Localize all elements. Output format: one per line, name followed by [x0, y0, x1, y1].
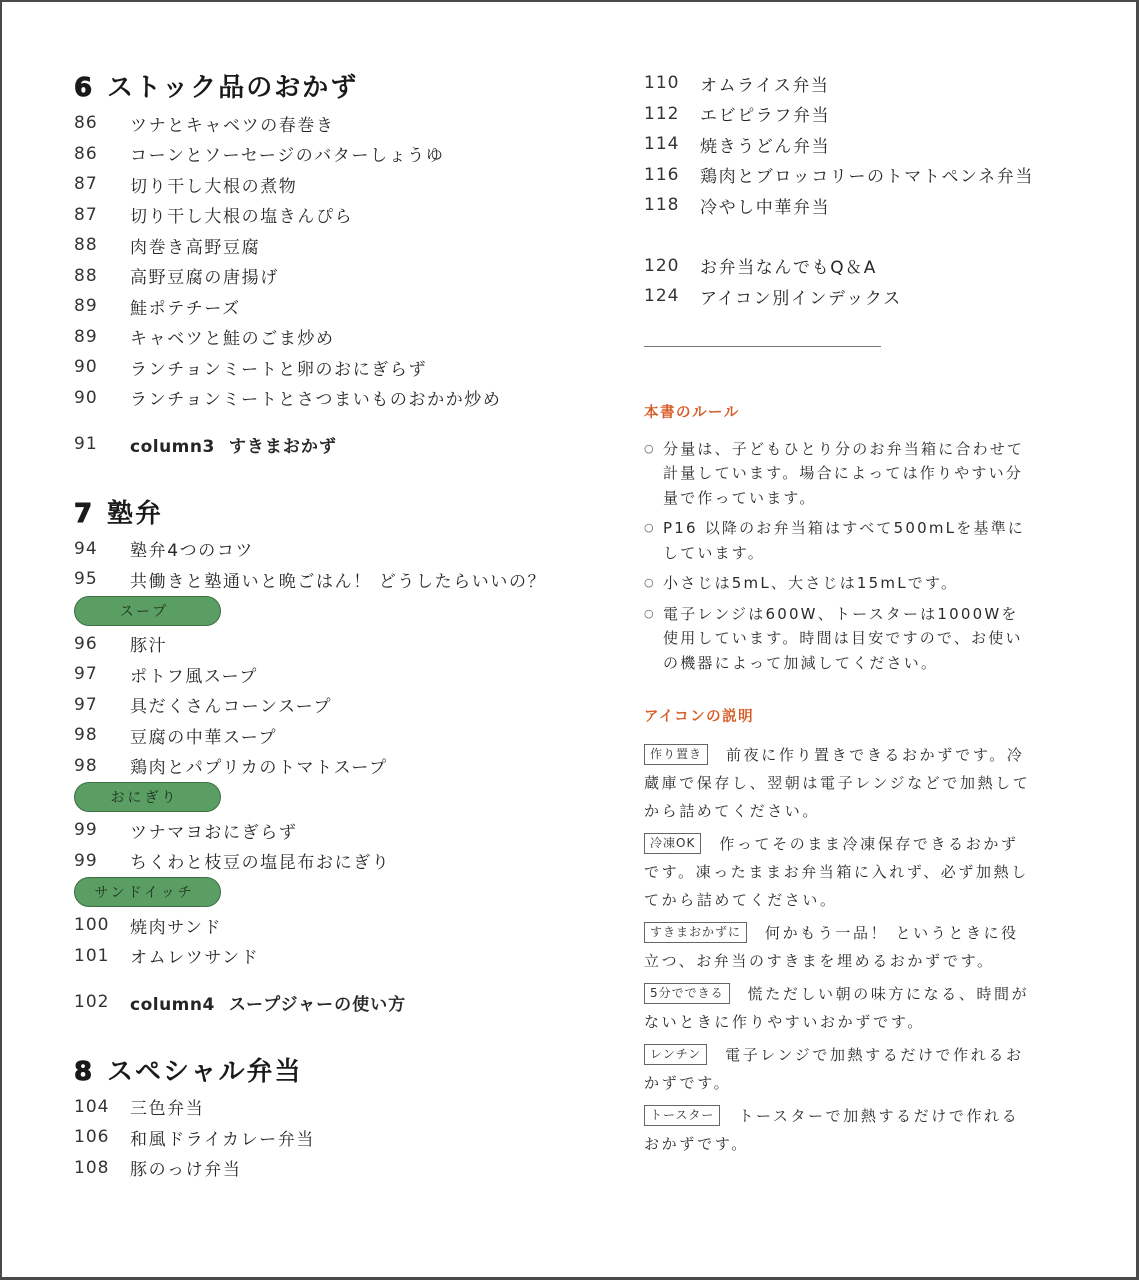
- entry-title: 塾弁4つのコツ: [130, 536, 254, 561]
- category-pill-sandwich: サンドイッチ: [74, 877, 221, 907]
- toc-entry[interactable]: 116鶏肉とブロッコリーのトマトペンネ弁当: [644, 160, 1044, 191]
- toc-entry[interactable]: 88高野豆腐の唐揚げ: [74, 261, 594, 292]
- rule-text: 小さじは5mL、大さじは15mLです。: [663, 571, 1033, 596]
- toc-entry[interactable]: 112エビピラフ弁当: [644, 99, 1044, 130]
- rule-item: ○小さじは5mL、大さじは15mLです。: [644, 571, 1044, 596]
- toc-entry[interactable]: 90ランチョンミートとさつまいものおかか炒め: [74, 383, 594, 414]
- toc-entry[interactable]: 96豚汁: [74, 629, 594, 660]
- toc-entry[interactable]: 104三色弁当: [74, 1092, 594, 1123]
- page-number: 98: [74, 756, 130, 776]
- spacer: [74, 1018, 594, 1052]
- toc-entry[interactable]: 89鮭ポテチーズ: [74, 291, 594, 322]
- column-entry-title: column3すきまおかず: [130, 432, 337, 457]
- page-number: 86: [74, 144, 130, 164]
- entry-title: 切り干し大根の煮物: [130, 172, 297, 197]
- page-number: 96: [74, 634, 130, 654]
- icon-legend-item: 5分でできる慌ただしい朝の味方になる、時間がないときに作りやすいおかずです。: [644, 980, 1036, 1036]
- page-number: 95: [74, 569, 130, 589]
- toc-entry[interactable]: 97ポトフ風スープ: [74, 659, 594, 690]
- chapter-6-heading[interactable]: 6 ストック品のおかず: [74, 68, 594, 108]
- page-number: 87: [74, 174, 130, 194]
- toaster-tag-icon: トースター: [644, 1105, 720, 1126]
- rules-list: ○分量は、子どもひとり分のお弁当箱に合わせて計量しています。場合によっては作りや…: [644, 437, 1044, 676]
- entry-title: エビピラフ弁当: [700, 101, 830, 126]
- entry-title: 三色弁当: [130, 1094, 204, 1119]
- page-number: 112: [644, 104, 700, 124]
- appendix-list: 120お弁当なんでもQ＆A 124アイコン別インデックス: [644, 251, 1044, 312]
- toc-left-column: 6 ストック品のおかず 86ツナとキャベツの春巻き 86コーンとソーセージのバタ…: [74, 68, 594, 1183]
- chapter-title: 塾弁: [107, 494, 163, 534]
- entry-title: ツナとキャベツの春巻き: [130, 111, 335, 136]
- entry-title: 豚汁: [130, 631, 167, 656]
- column-title: スープジャーの使い方: [229, 995, 406, 1015]
- entry-title: オムライス弁当: [700, 71, 830, 96]
- entry-title: 焼きうどん弁当: [700, 132, 830, 157]
- icon-legend-item: トースタートースターで加熱するだけで作れるおかずです。: [644, 1102, 1036, 1158]
- entry-title: キャベツと鮭のごま炒め: [130, 324, 335, 349]
- page-number: 98: [74, 725, 130, 745]
- page-number: 90: [74, 388, 130, 408]
- page-number: 110: [644, 73, 700, 93]
- page-number: 106: [74, 1127, 130, 1147]
- entry-title: 豆腐の中華スープ: [130, 723, 277, 748]
- icon-legend-item: 作り置き前夜に作り置きできるおかずです。冷蔵庫で保存し、翌朝は電子レンジなどで加…: [644, 741, 1036, 825]
- column-title: すきまおかず: [229, 437, 337, 457]
- chapter-title: スペシャル弁当: [107, 1052, 302, 1092]
- entry-title: オムレツサンド: [130, 943, 259, 968]
- entry-title: 鮭ポテチーズ: [130, 294, 241, 319]
- toc-entry[interactable]: 110オムライス弁当: [644, 68, 1044, 99]
- rule-item: ○P16 以降のお弁当箱はすべて500mLを基準にしています。: [644, 516, 1044, 565]
- entry-title: 鶏肉とブロッコリーのトマトペンネ弁当: [700, 162, 1034, 187]
- page-number: 97: [74, 664, 130, 684]
- chapter-7-list: 94塾弁4つのコツ 95共働きと塾通いと晩ごはん！ どうしたらいいの？ スープ …: [74, 534, 594, 1018]
- category-pill-onigiri: おにぎり: [74, 782, 221, 812]
- page-number: 124: [644, 286, 700, 306]
- spacer: [644, 221, 1044, 251]
- icons-heading: アイコンの説明: [644, 707, 1044, 727]
- chapter-8-continued-list: 110オムライス弁当 112エビピラフ弁当 114焼きうどん弁当 116鶏肉とブ…: [644, 68, 1044, 221]
- entry-title: 鶏肉とパプリカのトマトスープ: [130, 753, 388, 778]
- page-number: 100: [74, 915, 130, 935]
- make-ahead-tag-icon: 作り置き: [644, 744, 708, 765]
- page-number: 89: [74, 296, 130, 316]
- page-number: 87: [74, 205, 130, 225]
- page-number: 99: [74, 820, 130, 840]
- page-number: 118: [644, 195, 700, 215]
- toc-entry[interactable]: 101オムレツサンド: [74, 941, 594, 972]
- spacer: [74, 460, 594, 494]
- toc-right-column: 110オムライス弁当 112エビピラフ弁当 114焼きうどん弁当 116鶏肉とブ…: [644, 68, 1044, 1163]
- rule-item: ○電子レンジは600W、トースターは1000Wを使用しています。時間は目安ですの…: [644, 602, 1044, 676]
- page-number: 97: [74, 695, 130, 715]
- chapter-number: 8: [74, 1052, 107, 1092]
- page-number: 120: [644, 256, 700, 276]
- microwave-tag-icon: レンチン: [644, 1044, 707, 1065]
- toc-entry[interactable]: 99ちくわと枝豆の塩昆布おにぎり: [74, 846, 594, 877]
- circle-bullet-icon: ○: [644, 516, 663, 565]
- page-number: 86: [74, 113, 130, 133]
- chapter-8-heading[interactable]: 8 スペシャル弁当: [74, 1052, 594, 1092]
- toc-entry[interactable]: 90ランチョンミートと卵のおにぎらず: [74, 352, 594, 383]
- toc-entry[interactable]: 87切り干し大根の煮物: [74, 169, 594, 200]
- icon-legend-item: 冷凍OK作ってそのまま冷凍保存できるおかずです。凍ったままお弁当箱に入れず、必ず…: [644, 830, 1036, 914]
- toc-entry[interactable]: 108豚のっけ弁当: [74, 1153, 594, 1184]
- toc-entry[interactable]: 94塾弁4つのコツ: [74, 534, 594, 565]
- entry-title: ランチョンミートと卵のおにぎらず: [130, 355, 427, 380]
- chapter-number: 6: [74, 68, 107, 108]
- entry-title: 冷やし中華弁当: [700, 193, 830, 218]
- page-number: 114: [644, 134, 700, 154]
- circle-bullet-icon: ○: [644, 437, 663, 511]
- entry-title: ちくわと枝豆の塩昆布おにぎり: [130, 848, 390, 873]
- rule-item: ○分量は、子どもひとり分のお弁当箱に合わせて計量しています。場合によっては作りや…: [644, 437, 1044, 511]
- entry-title: ツナマヨおにぎらず: [130, 818, 297, 843]
- chapter-title: ストック品のおかず: [107, 68, 358, 108]
- rule-text: P16 以降のお弁当箱はすべて500mLを基準にしています。: [663, 516, 1033, 565]
- entry-title: 高野豆腐の唐揚げ: [130, 263, 279, 288]
- toc-entry[interactable]: 120お弁当なんでもQ＆A: [644, 251, 1044, 282]
- gap-filler-tag-icon: すきまおかずに: [644, 922, 747, 943]
- toc-entry[interactable]: 98鶏肉とパプリカのトマトスープ: [74, 751, 594, 782]
- toc-entry[interactable]: 86コーンとソーセージのバターしょうゆ: [74, 139, 594, 170]
- entry-title: 共働きと塾通いと晩ごはん！ どうしたらいいの？: [130, 567, 546, 592]
- page-number: 102: [74, 992, 130, 1012]
- entry-title: 和風ドライカレー弁当: [130, 1125, 315, 1150]
- toc-page: 6 ストック品のおかず 86ツナとキャベツの春巻き 86コーンとソーセージのバタ…: [0, 0, 1139, 1280]
- page-number: 99: [74, 851, 130, 871]
- toc-entry[interactable]: 118冷やし中華弁当: [644, 190, 1044, 221]
- toc-column-entry[interactable]: 91 column3すきまおかず: [74, 429, 594, 460]
- chapter-8-list: 104三色弁当 106和風ドライカレー弁当 108豚のっけ弁当: [74, 1092, 594, 1184]
- entry-title: アイコン別インデックス: [700, 284, 902, 309]
- page-number: 104: [74, 1097, 130, 1117]
- chapter-number: 7: [74, 494, 107, 534]
- page-number: 91: [74, 434, 130, 454]
- circle-bullet-icon: ○: [644, 602, 663, 676]
- icon-description: 作ってそのまま冷凍保存できるおかずです。凍ったままお弁当箱に入れず、必ず加熱して…: [644, 835, 1029, 909]
- page-number: 94: [74, 539, 130, 559]
- entry-title: 豚のっけ弁当: [130, 1155, 241, 1180]
- freezer-ok-tag-icon: 冷凍OK: [644, 833, 701, 854]
- page-number: 116: [644, 165, 700, 185]
- toc-entry[interactable]: 106和風ドライカレー弁当: [74, 1122, 594, 1153]
- toc-entry[interactable]: 98豆腐の中華スープ: [74, 720, 594, 751]
- entry-title: コーンとソーセージのバターしょうゆ: [130, 141, 445, 166]
- toc-entry[interactable]: 86ツナとキャベツの春巻き: [74, 108, 594, 139]
- entry-title: ポトフ風スープ: [130, 662, 258, 687]
- entry-title: 肉巻き高野豆腐: [130, 233, 260, 258]
- toc-entry[interactable]: 95共働きと塾通いと晩ごはん！ どうしたらいいの？: [74, 564, 594, 595]
- toc-column-entry[interactable]: 102 column4スープジャーの使い方: [74, 987, 594, 1018]
- rule-text: 電子レンジは600W、トースターは1000Wを使用しています。時間は目安ですので…: [663, 602, 1033, 676]
- five-minute-tag-icon: 5分でできる: [644, 983, 730, 1004]
- toc-entry[interactable]: 114焼きうどん弁当: [644, 129, 1044, 160]
- chapter-7-heading[interactable]: 7 塾弁: [74, 494, 594, 534]
- column-tag: column4: [130, 995, 215, 1015]
- category-label: おにぎり: [111, 787, 179, 807]
- toc-entry[interactable]: 88肉巻き高野豆腐: [74, 230, 594, 261]
- circle-bullet-icon: ○: [644, 571, 663, 596]
- toc-entry[interactable]: 99ツナマヨおにぎらず: [74, 815, 594, 846]
- page-number: 88: [74, 235, 130, 255]
- page-number: 101: [74, 946, 130, 966]
- column-entry-title: column4スープジャーの使い方: [130, 990, 406, 1015]
- spacer: [644, 347, 1044, 403]
- toc-entry[interactable]: 124アイコン別インデックス: [644, 281, 1044, 312]
- page-number: 108: [74, 1158, 130, 1178]
- rules-heading: 本書のルール: [644, 403, 1044, 423]
- icon-legend-list: 作り置き前夜に作り置きできるおかずです。冷蔵庫で保存し、翌朝は電子レンジなどで加…: [644, 741, 1044, 1158]
- toc-entry[interactable]: 100焼肉サンド: [74, 910, 594, 941]
- toc-entry[interactable]: 89キャベツと鮭のごま炒め: [74, 322, 594, 353]
- spacer: [644, 681, 1044, 707]
- chapter-6-list: 86ツナとキャベツの春巻き 86コーンとソーセージのバターしょうゆ 87切り干し…: [74, 108, 594, 460]
- icon-legend-item: すきまおかずに何かもう一品！ というときに役立つ、お弁当のすきまを埋めるおかずで…: [644, 919, 1036, 975]
- toc-entry[interactable]: 87切り干し大根の塩きんぴら: [74, 200, 594, 231]
- toc-entry[interactable]: 97具だくさんコーンスープ: [74, 690, 594, 721]
- page-number: 88: [74, 266, 130, 286]
- column-tag: column3: [130, 437, 215, 457]
- entry-title: 切り干し大根の塩きんぴら: [130, 202, 353, 227]
- entry-title: 焼肉サンド: [130, 913, 222, 938]
- page-number: 90: [74, 357, 130, 377]
- page-number: 89: [74, 327, 130, 347]
- category-label: スープ: [120, 601, 170, 621]
- spacer: [74, 971, 594, 987]
- spacer: [74, 413, 594, 429]
- category-pill-soup: スープ: [74, 596, 221, 626]
- entry-title: お弁当なんでもQ＆A: [700, 253, 877, 278]
- rule-text: 分量は、子どもひとり分のお弁当箱に合わせて計量しています。場合によっては作りやす…: [663, 437, 1033, 511]
- icon-legend-item: レンチン電子レンジで加熱するだけで作れるおかずです。: [644, 1041, 1036, 1097]
- category-label: サンドイッチ: [94, 882, 194, 902]
- entry-title: ランチョンミートとさつまいものおかか炒め: [130, 385, 502, 410]
- entry-title: 具だくさんコーンスープ: [130, 692, 332, 717]
